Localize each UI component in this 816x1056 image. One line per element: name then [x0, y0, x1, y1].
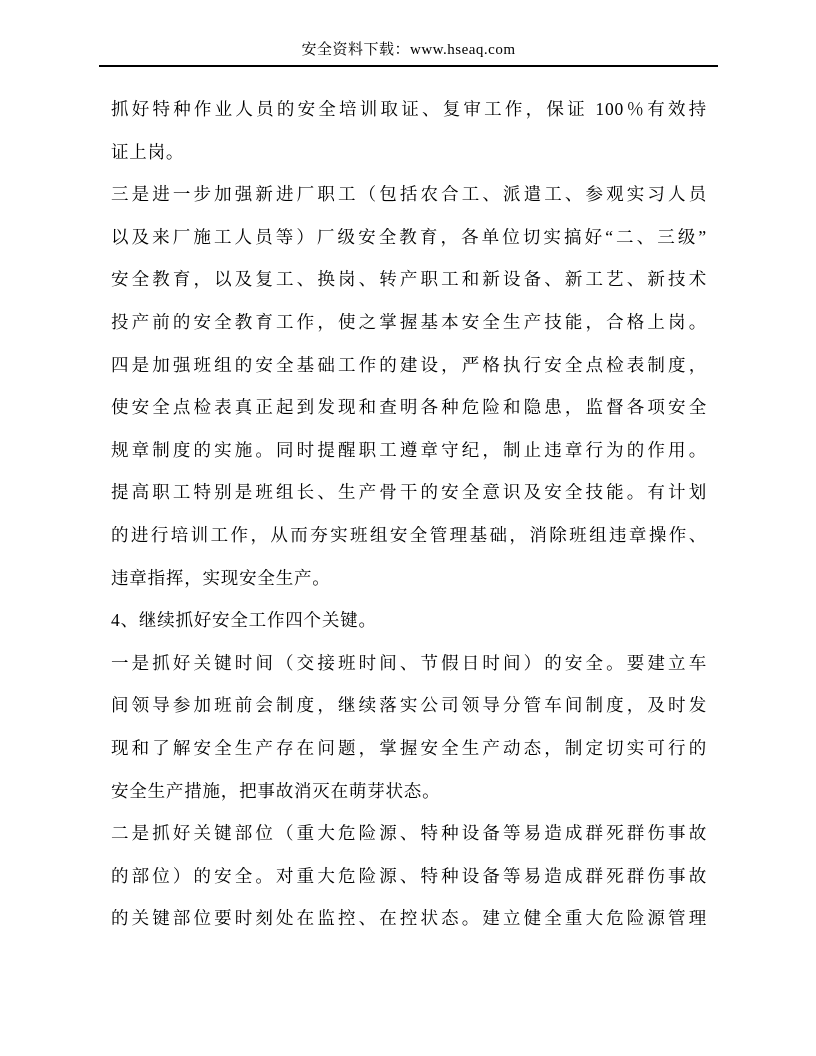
text-line: 间领导参加班前会制度，继续落实公司领导分管车间制度，及时发 — [111, 684, 707, 727]
text-line: 现和了解安全生产存在问题，掌握安全生产动态，制定切实可行的 — [111, 727, 707, 770]
document-body: 抓好特种作业人员的安全培训取证、复审工作，保证 100％有效持 证上岗。 三是进… — [111, 88, 707, 940]
text-line: 4、继续抓好安全工作四个关键。 — [111, 599, 707, 642]
text-line: 的部位）的安全。对重大危险源、特种设备等易造成群死群伤事故 — [111, 855, 707, 898]
text-line: 安全生产措施，把事故消灭在萌芽状态。 — [111, 770, 707, 813]
text-line: 的关键部位要时刻处在监控、在控状态。建立健全重大危险源管理 — [111, 897, 707, 940]
text-line: 投产前的安全教育工作，使之掌握基本安全生产技能，合格上岗。 — [111, 301, 707, 344]
text-line: 以及来厂施工人员等）厂级安全教育，各单位切实搞好“二、三级” — [111, 216, 707, 259]
text-line: 证上岗。 — [111, 131, 707, 174]
text-line: 的进行培训工作，从而夯实班组安全管理基础，消除班组违章操作、 — [111, 514, 707, 557]
document-page: 安全资料下载：www.hseaq.com 抓好特种作业人员的安全培训取证、复审工… — [0, 0, 816, 1056]
text-line: 三是进一步加强新进厂职工（包括农合工、派遣工、参观实习人员 — [111, 173, 707, 216]
text-line: 二是抓好关键部位（重大危险源、特种设备等易造成群死群伤事故 — [111, 812, 707, 855]
text-line: 一是抓好关键时间（交接班时间、节假日时间）的安全。要建立车 — [111, 642, 707, 685]
page-header-text: 安全资料下载：www.hseaq.com — [99, 39, 718, 61]
text-line: 抓好特种作业人员的安全培训取证、复审工作，保证 100％有效持 — [111, 88, 707, 131]
text-line: 违章指挥，实现安全生产。 — [111, 557, 707, 600]
text-line: 使安全点检表真正起到发现和查明各种危险和隐患，监督各项安全 — [111, 386, 707, 429]
text-line: 提高职工特别是班组长、生产骨干的安全意识及安全技能。有计划 — [111, 471, 707, 514]
text-line: 安全教育，以及复工、换岗、转产职工和新设备、新工艺、新技术 — [111, 258, 707, 301]
text-line: 规章制度的实施。同时提醒职工遵章守纪，制止违章行为的作用。 — [111, 429, 707, 472]
header-divider-line — [99, 65, 718, 67]
text-line: 四是加强班组的安全基础工作的建设，严格执行安全点检表制度， — [111, 344, 707, 387]
